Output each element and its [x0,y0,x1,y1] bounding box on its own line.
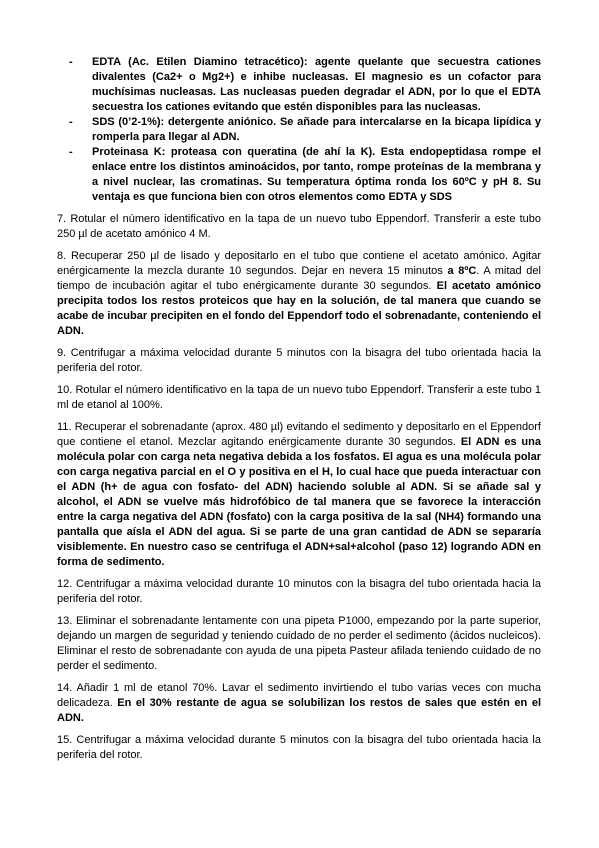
document-body: -EDTA (Ac. Etilen Diamino tetracético): … [57,55,541,763]
paragraph: 12. Centrifugar a máxima velocidad duran… [57,577,541,607]
bullet-marker: - [57,145,92,205]
bullet-marker: - [57,55,92,115]
paragraph: 8. Recuperar 250 µl de lisado y deposita… [57,249,541,339]
bullet-marker: - [57,115,92,145]
document-page: -EDTA (Ac. Etilen Diamino tetracético): … [0,0,599,848]
paragraph: 7. Rotular el número identificativo en l… [57,212,541,242]
text-segment: 15. Centrifugar a máxima velocidad duran… [57,734,541,761]
bullet-text: SDS (0’2-1%): detergente aniónico. Se añ… [92,115,541,145]
paragraph: 10. Rotular el número identificativo en … [57,383,541,413]
text-segment: 10. Rotular el número identificativo en … [57,384,541,411]
bold-text-segment: Proteinasa K: proteasa con queratina (de… [92,146,541,203]
bullet-text: Proteinasa K: proteasa con queratina (de… [92,145,541,205]
bullet-text: EDTA (Ac. Etilen Diamino tetracético): a… [92,55,541,115]
paragraph: 11. Recuperar el sobrenadante (aprox. 48… [57,420,541,570]
bold-text-segment: EDTA (Ac. Etilen Diamino tetracético): a… [92,56,541,113]
paragraph: 15. Centrifugar a máxima velocidad duran… [57,733,541,763]
bullet-item: -Proteinasa K: proteasa con queratina (d… [57,145,541,205]
bullet-item: -EDTA (Ac. Etilen Diamino tetracético): … [57,55,541,115]
paragraph: 13. Eliminar el sobrenadante lentamente … [57,614,541,674]
bold-text-segment: En el 30% restante de agua se solubiliza… [57,697,541,724]
bullet-item: -SDS (0’2-1%): detergente aniónico. Se a… [57,115,541,145]
bold-text-segment: a 8ºC [447,265,476,277]
bold-text-segment: SDS (0’2-1%): detergente aniónico. Se añ… [92,116,541,143]
paragraph: 9. Centrifugar a máxima velocidad durant… [57,346,541,376]
bold-text-segment: El ADN es una molécula polar con carga n… [57,436,541,568]
text-segment: 7. Rotular el número identificativo en l… [57,213,541,240]
text-segment: 12. Centrifugar a máxima velocidad duran… [57,578,541,605]
text-segment: 9. Centrifugar a máxima velocidad durant… [57,347,541,374]
paragraph: 14. Añadir 1 ml de etanol 70%. Lavar el … [57,681,541,726]
text-segment: 13. Eliminar el sobrenadante lentamente … [57,615,541,672]
